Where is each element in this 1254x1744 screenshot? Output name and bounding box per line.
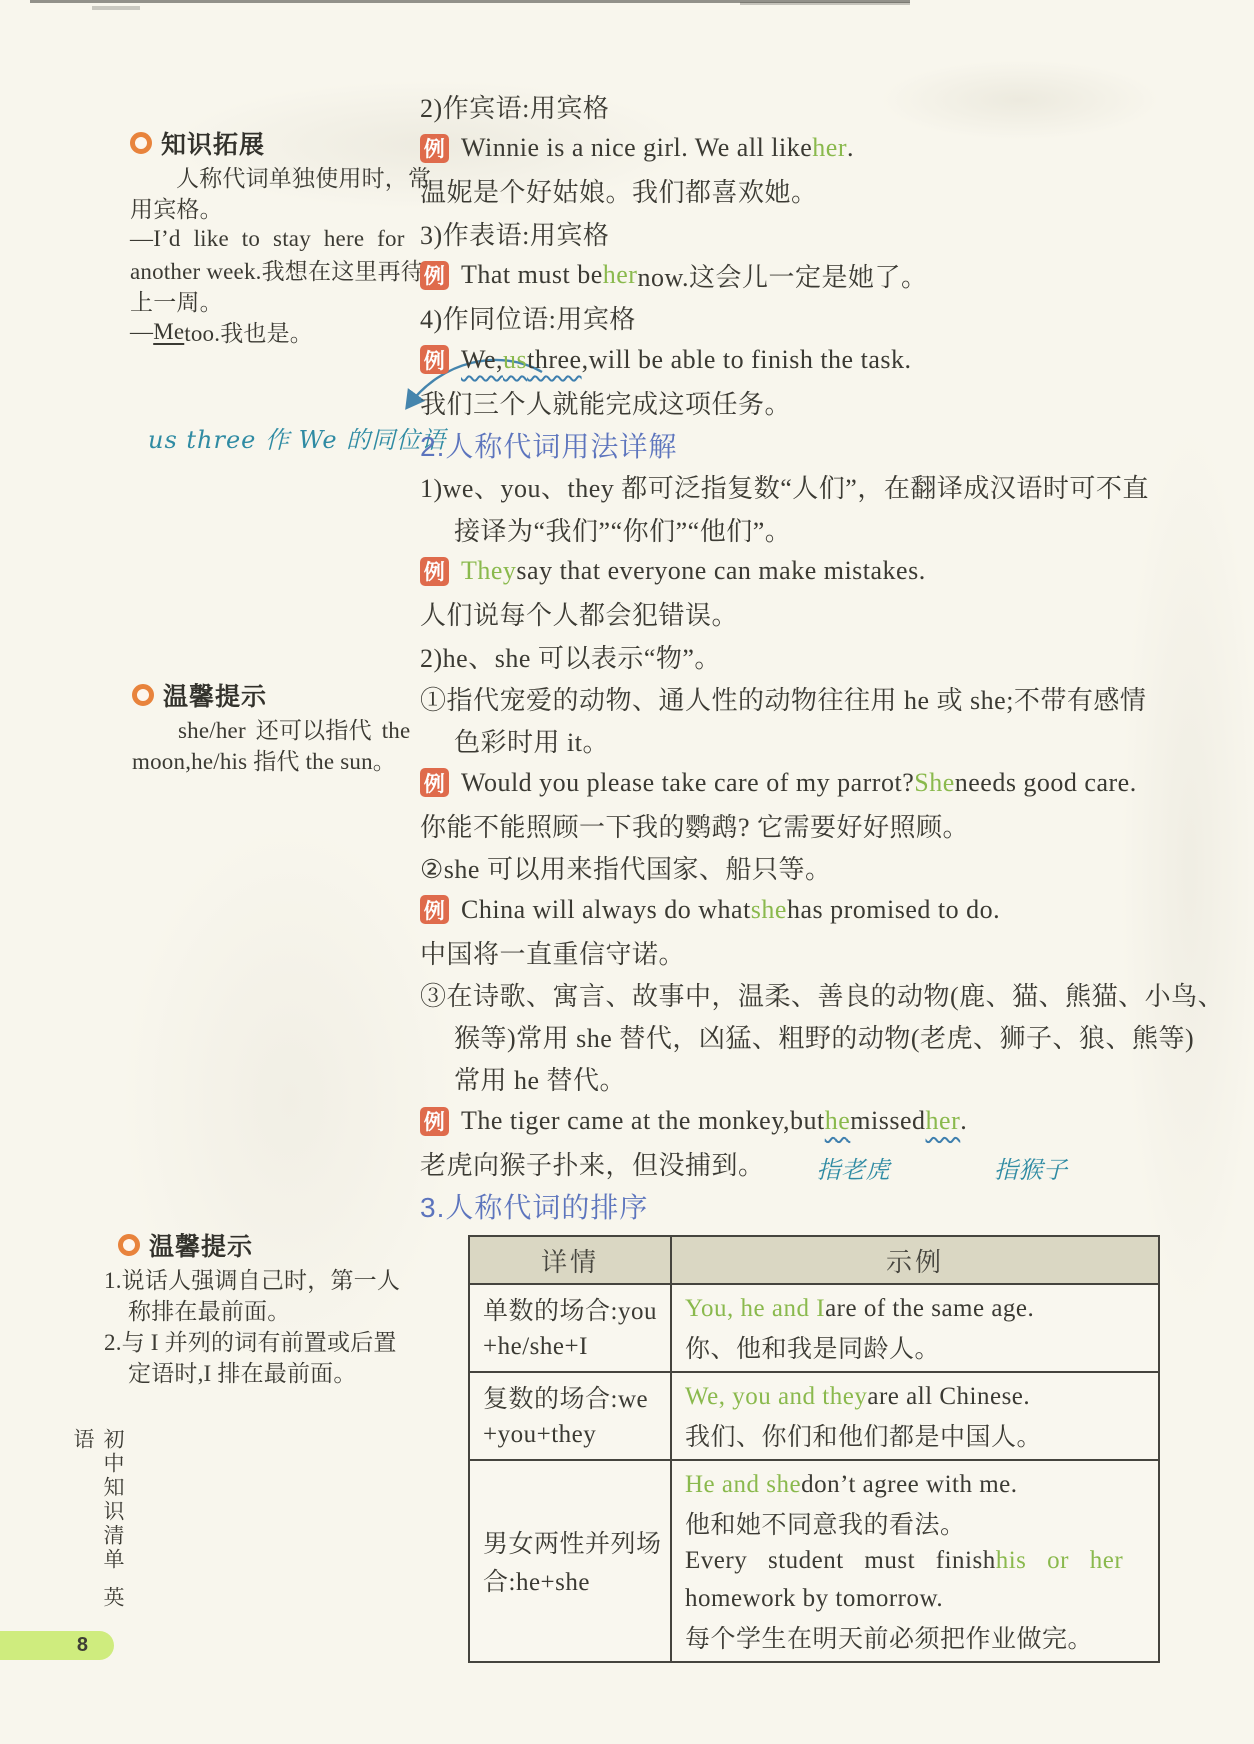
- note-title: 知识拓展: [130, 126, 460, 159]
- text-segment: 中国将一直重信守诺。: [420, 934, 685, 971]
- text-line: 色彩时用 it。: [420, 719, 1150, 761]
- example-badge: 例: [420, 557, 449, 586]
- note-title-label: 温馨提示: [163, 677, 267, 713]
- text-line: 你、他和我是同龄人。: [685, 1328, 1158, 1366]
- text-segment: 我们、你们和他们都是中国人。: [685, 1417, 1042, 1453]
- table-header-row: 详情 示例: [470, 1237, 1158, 1283]
- text-segment: too.我也是。: [184, 315, 313, 348]
- text-segment: Winnie is a nice girl. We all like: [461, 133, 812, 163]
- text-segment: ,will be able to finish the task.: [582, 345, 912, 375]
- text-line: +he/she+I: [483, 1328, 670, 1366]
- text-segment: That must be: [461, 260, 603, 290]
- text-segment: moon,he/his 指代 the sun。: [132, 743, 396, 776]
- apposition-annotation: us three 作 We 的同位语: [148, 420, 446, 455]
- text-segment: has promised to do.: [787, 895, 1000, 925]
- text-line: 猴等)常用 she 替代，凶猛、粗野的动物(老虎、狮子、狼、熊等): [420, 1016, 1150, 1058]
- highlighted-pronoun: her: [926, 1106, 961, 1136]
- text-line: homework by tomorrow.: [685, 1580, 1158, 1618]
- text-line: 温妮是个好姑娘。我们都喜欢她。: [420, 170, 1150, 212]
- text-segment: missed: [850, 1106, 925, 1136]
- text-line: another week.我想在这里再待: [130, 254, 460, 285]
- page-number: 8: [77, 1634, 88, 1657]
- text-line: 例Winnie is a nice girl. We all like her.: [420, 127, 1150, 169]
- highlighted-pronoun: We, you and they: [685, 1383, 867, 1411]
- text-segment: homework by tomorrow.: [685, 1585, 943, 1613]
- text-line: 你能不能照顾一下我的鹦鹉? 它需要好好照顾。: [420, 804, 1150, 846]
- table-header-detail: 详情: [470, 1237, 672, 1283]
- text-line: moon,he/his 指代 the sun。: [132, 744, 462, 775]
- book-spine-title: 初中知识清单英语: [68, 1428, 128, 1628]
- highlighted-pronoun: he: [825, 1106, 851, 1136]
- highlighted-pronoun: her: [603, 260, 638, 290]
- highlighted-pronoun: She: [914, 768, 955, 798]
- example-badge: 例: [420, 261, 449, 290]
- text-segment: The tiger came at the monkey,but: [461, 1106, 825, 1136]
- handwritten-annotation: 指猴子: [994, 1150, 1068, 1185]
- text-line: 每个学生在明天前必须把作业做完。: [685, 1618, 1158, 1656]
- text-segment: don’t agree with me.: [801, 1471, 1017, 1499]
- text-segment: 称排在最前面。: [128, 1293, 290, 1326]
- text-line: 2.与 I 并列的词有前置或后置: [104, 1325, 434, 1356]
- detail-cell: 男女两性并列场合:he+she: [470, 1461, 672, 1661]
- note-title-label: 温馨提示: [149, 1227, 253, 1263]
- text-line: 例China will always do what she has promi…: [420, 889, 1150, 931]
- text-segment: 用宾格。: [130, 191, 223, 224]
- text-segment: another week.我想在这里再待: [130, 253, 424, 286]
- text-line: she/her 还可以指代 the: [132, 713, 462, 744]
- note-body: 人称代词单独使用时，常用宾格。—I’d like to stay here fo…: [130, 161, 460, 347]
- highlighted-pronoun: she: [751, 895, 787, 925]
- text-segment: 你能不能照顾一下我的鹦鹉? 它需要好好照顾。: [420, 807, 969, 844]
- text-segment: 4)作同位语:用宾格: [420, 299, 636, 336]
- tip-note-moon-sun: 温馨提示 she/her 还可以指代 themoon,he/his 指代 the…: [132, 678, 462, 775]
- highlighted-pronoun: They: [461, 556, 516, 586]
- text-segment: 他和她不同意我的看法。: [685, 1505, 966, 1541]
- detail-cell: 单数的场合:you+he/she+I: [470, 1285, 672, 1371]
- text-line: 常用 he 替代。: [420, 1058, 1150, 1100]
- text-line: 3)作表语:用宾格: [420, 212, 1150, 254]
- text-line: ①指代宠爱的动物、通人性的动物往往用 he 或 she;不带有感情: [420, 677, 1150, 719]
- text-line: +you+they: [483, 1416, 670, 1454]
- text-line: 人称代词单独使用时，常: [130, 161, 460, 192]
- text-segment: now.这会儿一定是她了。: [637, 257, 927, 294]
- orange-ring-bullet-icon: [130, 132, 152, 154]
- text-segment: 3.人称代词的排序: [420, 1186, 648, 1226]
- text-line: 我们、你们和他们都是中国人。: [685, 1416, 1158, 1454]
- table-header-example: 示例: [672, 1237, 1158, 1283]
- page-number-badge: 8: [0, 1631, 114, 1660]
- text-line: Every student must finish his or her: [685, 1542, 1158, 1580]
- example-cell: He and she don’t agree with me.他和她不同意我的看…: [672, 1461, 1158, 1661]
- text-line: —I’d like to stay here for: [130, 223, 460, 254]
- text-line: 定语时,I 排在最前面。: [104, 1356, 434, 1387]
- text-segment: are all Chinese.: [867, 1383, 1030, 1411]
- text-segment: 3)作表语:用宾格: [420, 215, 609, 252]
- text-line: 合:he+she: [483, 1561, 670, 1599]
- text-segment: she/her 还可以指代 the: [178, 712, 410, 745]
- text-segment: 2)作宾语:用宾格: [420, 88, 609, 125]
- text-line: 1)we、you、they 都可泛指复数“人们”，在翻译成汉语时可不直: [420, 466, 1150, 508]
- section-heading: 2.人称代词用法详解: [420, 423, 1150, 465]
- text-line: 我们三个人就能完成这项任务。: [420, 381, 1150, 423]
- text-segment: 人们说每个人都会犯错误。: [420, 595, 738, 632]
- detail-cell: 复数的场合:we+you+they: [470, 1373, 672, 1459]
- text-segment: 2.人称代词用法详解: [420, 425, 677, 465]
- example-cell: You, he and I are of the same age.你、他和我是…: [672, 1285, 1158, 1371]
- text-segment: 我们三个人就能完成这项任务。: [420, 384, 791, 421]
- text-line: ②she 可以用来指代国家、船只等。: [420, 846, 1150, 888]
- highlighted-pronoun: her: [812, 133, 847, 163]
- text-segment: 你、他和我是同龄人。: [685, 1329, 940, 1365]
- text-line: ③在诗歌、寓言、故事中，温柔、善良的动物(鹿、猫、熊猫、小鸟、: [420, 973, 1150, 1015]
- example-badge: 例: [420, 134, 449, 163]
- example-cell: We, you and they are all Chinese.我们、你们和他…: [672, 1373, 1158, 1459]
- text-segment: Would you please take care of my parrot?: [461, 768, 914, 798]
- table-body: 单数的场合:you+he/she+IYou, he and I are of t…: [470, 1283, 1158, 1661]
- text-segment: 1.说话人强调自己时，第一人: [104, 1262, 400, 1295]
- text-segment: 上一周。: [130, 284, 223, 317]
- text-segment: 男女两性并列场: [483, 1524, 662, 1560]
- main-content: 2)作宾语:用宾格例Winnie is a nice girl. We all …: [420, 85, 1150, 1663]
- text-segment: 定语时,I 排在最前面。: [128, 1355, 357, 1388]
- pronoun-order-table: 详情 示例 单数的场合:you+he/she+IYou, he and I ar…: [468, 1235, 1160, 1663]
- text-segment: 猴等)常用 she 替代，凶猛、粗野的动物(老虎、狮子、狼、熊等): [454, 1018, 1194, 1055]
- text-line: He and she don’t agree with me.: [685, 1466, 1158, 1504]
- text-line: 男女两性并列场: [483, 1523, 670, 1561]
- text-segment: 色彩时用 it。: [454, 722, 609, 759]
- text-line: 例Would you please take care of my parrot…: [420, 762, 1150, 804]
- note-title-label: 知识拓展: [161, 125, 265, 161]
- knowledge-expansion-note: 知识拓展 人称代词单独使用时，常用宾格。—I’d like to stay he…: [130, 126, 460, 347]
- example-badge: 例: [420, 895, 449, 924]
- text-line: We, you and they are all Chinese.: [685, 1378, 1158, 1416]
- text-line: You, he and I are of the same age.: [685, 1290, 1158, 1328]
- textbook-page: 知识拓展 人称代词单独使用时，常用宾格。—I’d like to stay he…: [0, 0, 1254, 1744]
- text-line: 1.说话人强调自己时，第一人: [104, 1263, 434, 1294]
- text-line: 例They say that everyone can make mistake…: [420, 550, 1150, 592]
- text-segment: 人称代词单独使用时，常: [176, 160, 431, 193]
- highlighted-pronoun: He and she: [685, 1471, 801, 1499]
- note-title: 温馨提示: [104, 1228, 434, 1261]
- example-badge: 例: [420, 768, 449, 797]
- text-segment: 2)he、she 可以表示“物”。: [420, 638, 721, 675]
- text-segment: 2.与 I 并列的词有前置或后置: [104, 1324, 397, 1357]
- text-segment: three: [527, 345, 581, 375]
- note-body: she/her 还可以指代 themoon,he/his 指代 the sun。: [132, 713, 462, 775]
- text-segment: .: [960, 1106, 967, 1136]
- text-segment: 每个学生在明天前必须把作业做完。: [685, 1619, 1093, 1655]
- text-line: 2)作宾语:用宾格: [420, 85, 1150, 127]
- text-segment: 1)we、you、they 都可泛指复数“人们”，在翻译成汉语时可不直: [420, 468, 1149, 505]
- text-line: 用宾格。: [130, 192, 460, 223]
- text-segment: China will always do what: [461, 895, 751, 925]
- text-segment: —I’d like to stay here for: [130, 226, 405, 252]
- text-segment: 接译为“我们”“你们”“他们”。: [454, 511, 791, 548]
- text-line: 例The tiger came at the monkey,but he mis…: [420, 1100, 1150, 1142]
- text-line: —Me too.我也是。: [130, 316, 460, 347]
- text-line: 老虎向猴子扑来，但没捕到。指老虎指猴子: [420, 1142, 1150, 1184]
- text-line: 称排在最前面。: [104, 1294, 434, 1325]
- text-segment: Me: [153, 319, 184, 345]
- text-segment: 合:he+she: [483, 1562, 590, 1598]
- text-segment: ①指代宠爱的动物、通人性的动物往往用 he 或 she;不带有感情: [420, 680, 1146, 717]
- text-line: 他和她不同意我的看法。: [685, 1504, 1158, 1542]
- text-segment: 老虎向猴子扑来，但没捕到。: [420, 1145, 765, 1182]
- note-body: 1.说话人强调自己时，第一人称排在最前面。2.与 I 并列的词有前置或后置定语时…: [104, 1263, 434, 1387]
- example-badge: 例: [420, 1107, 449, 1136]
- scan-edge-artifact: [92, 6, 140, 10]
- highlighted-pronoun: You, he and I: [685, 1295, 825, 1323]
- text-segment: Every student must finish: [685, 1547, 996, 1575]
- handwritten-annotation: 指老虎: [817, 1150, 891, 1185]
- text-segment: say that everyone can make mistakes.: [516, 556, 925, 586]
- text-line: 复数的场合:we: [483, 1378, 670, 1416]
- text-line: 4)作同位语:用宾格: [420, 296, 1150, 338]
- text-segment: +he/she+I: [483, 1333, 588, 1361]
- text-segment: needs good care.: [955, 768, 1137, 798]
- text-line: 2)he、she 可以表示“物”。: [420, 635, 1150, 677]
- table-row: 男女两性并列场合:he+sheHe and she don’t agree wi…: [470, 1459, 1158, 1661]
- text-segment: —: [130, 319, 153, 345]
- scan-edge-artifact: [740, 2, 910, 5]
- text-line: 人们说每个人都会犯错误。: [420, 593, 1150, 635]
- text-segment: ③在诗歌、寓言、故事中，温柔、善良的动物(鹿、猫、熊猫、小鸟、: [420, 976, 1224, 1013]
- table-row: 复数的场合:we+you+theyWe, you and they are al…: [470, 1371, 1158, 1459]
- table-row: 单数的场合:you+he/she+IYou, he and I are of t…: [470, 1283, 1158, 1371]
- text-segment: ②she 可以用来指代国家、船只等。: [420, 849, 831, 886]
- text-line: 例We, us three,will be able to finish the…: [420, 339, 1150, 381]
- text-segment: +you+they: [483, 1421, 596, 1449]
- grammar-text: 2)作宾语:用宾格例Winnie is a nice girl. We all …: [420, 85, 1150, 1227]
- highlighted-pronoun: us: [503, 345, 527, 375]
- section-heading: 3.人称代词的排序: [420, 1185, 1150, 1227]
- text-segment: 复数的场合:we: [483, 1379, 648, 1415]
- tip-note-pronoun-order: 温馨提示 1.说话人强调自己时，第一人称排在最前面。2.与 I 并列的词有前置或…: [104, 1228, 434, 1387]
- text-line: 例That must be her now.这会儿一定是她了。: [420, 254, 1150, 296]
- text-line: 接译为“我们”“你们”“他们”。: [420, 508, 1150, 550]
- example-badge: 例: [420, 345, 449, 374]
- text-segment: We,: [461, 345, 503, 375]
- spine-series: 初中知识清单: [101, 1428, 125, 1572]
- text-segment: 单数的场合:you: [483, 1291, 657, 1327]
- text-segment: are of the same age.: [825, 1295, 1034, 1323]
- text-segment: 常用 he 替代。: [454, 1060, 626, 1097]
- text-line: 上一周。: [130, 285, 460, 316]
- text-line: 单数的场合:you: [483, 1290, 670, 1328]
- text-line: 中国将一直重信守诺。: [420, 931, 1150, 973]
- highlighted-pronoun: his or her: [996, 1547, 1123, 1575]
- note-title: 温馨提示: [132, 678, 462, 711]
- text-segment: 温妮是个好姑娘。我们都喜欢她。: [420, 172, 818, 209]
- text-segment: .: [847, 133, 854, 163]
- orange-ring-bullet-icon: [132, 684, 154, 706]
- orange-ring-bullet-icon: [118, 1234, 140, 1256]
